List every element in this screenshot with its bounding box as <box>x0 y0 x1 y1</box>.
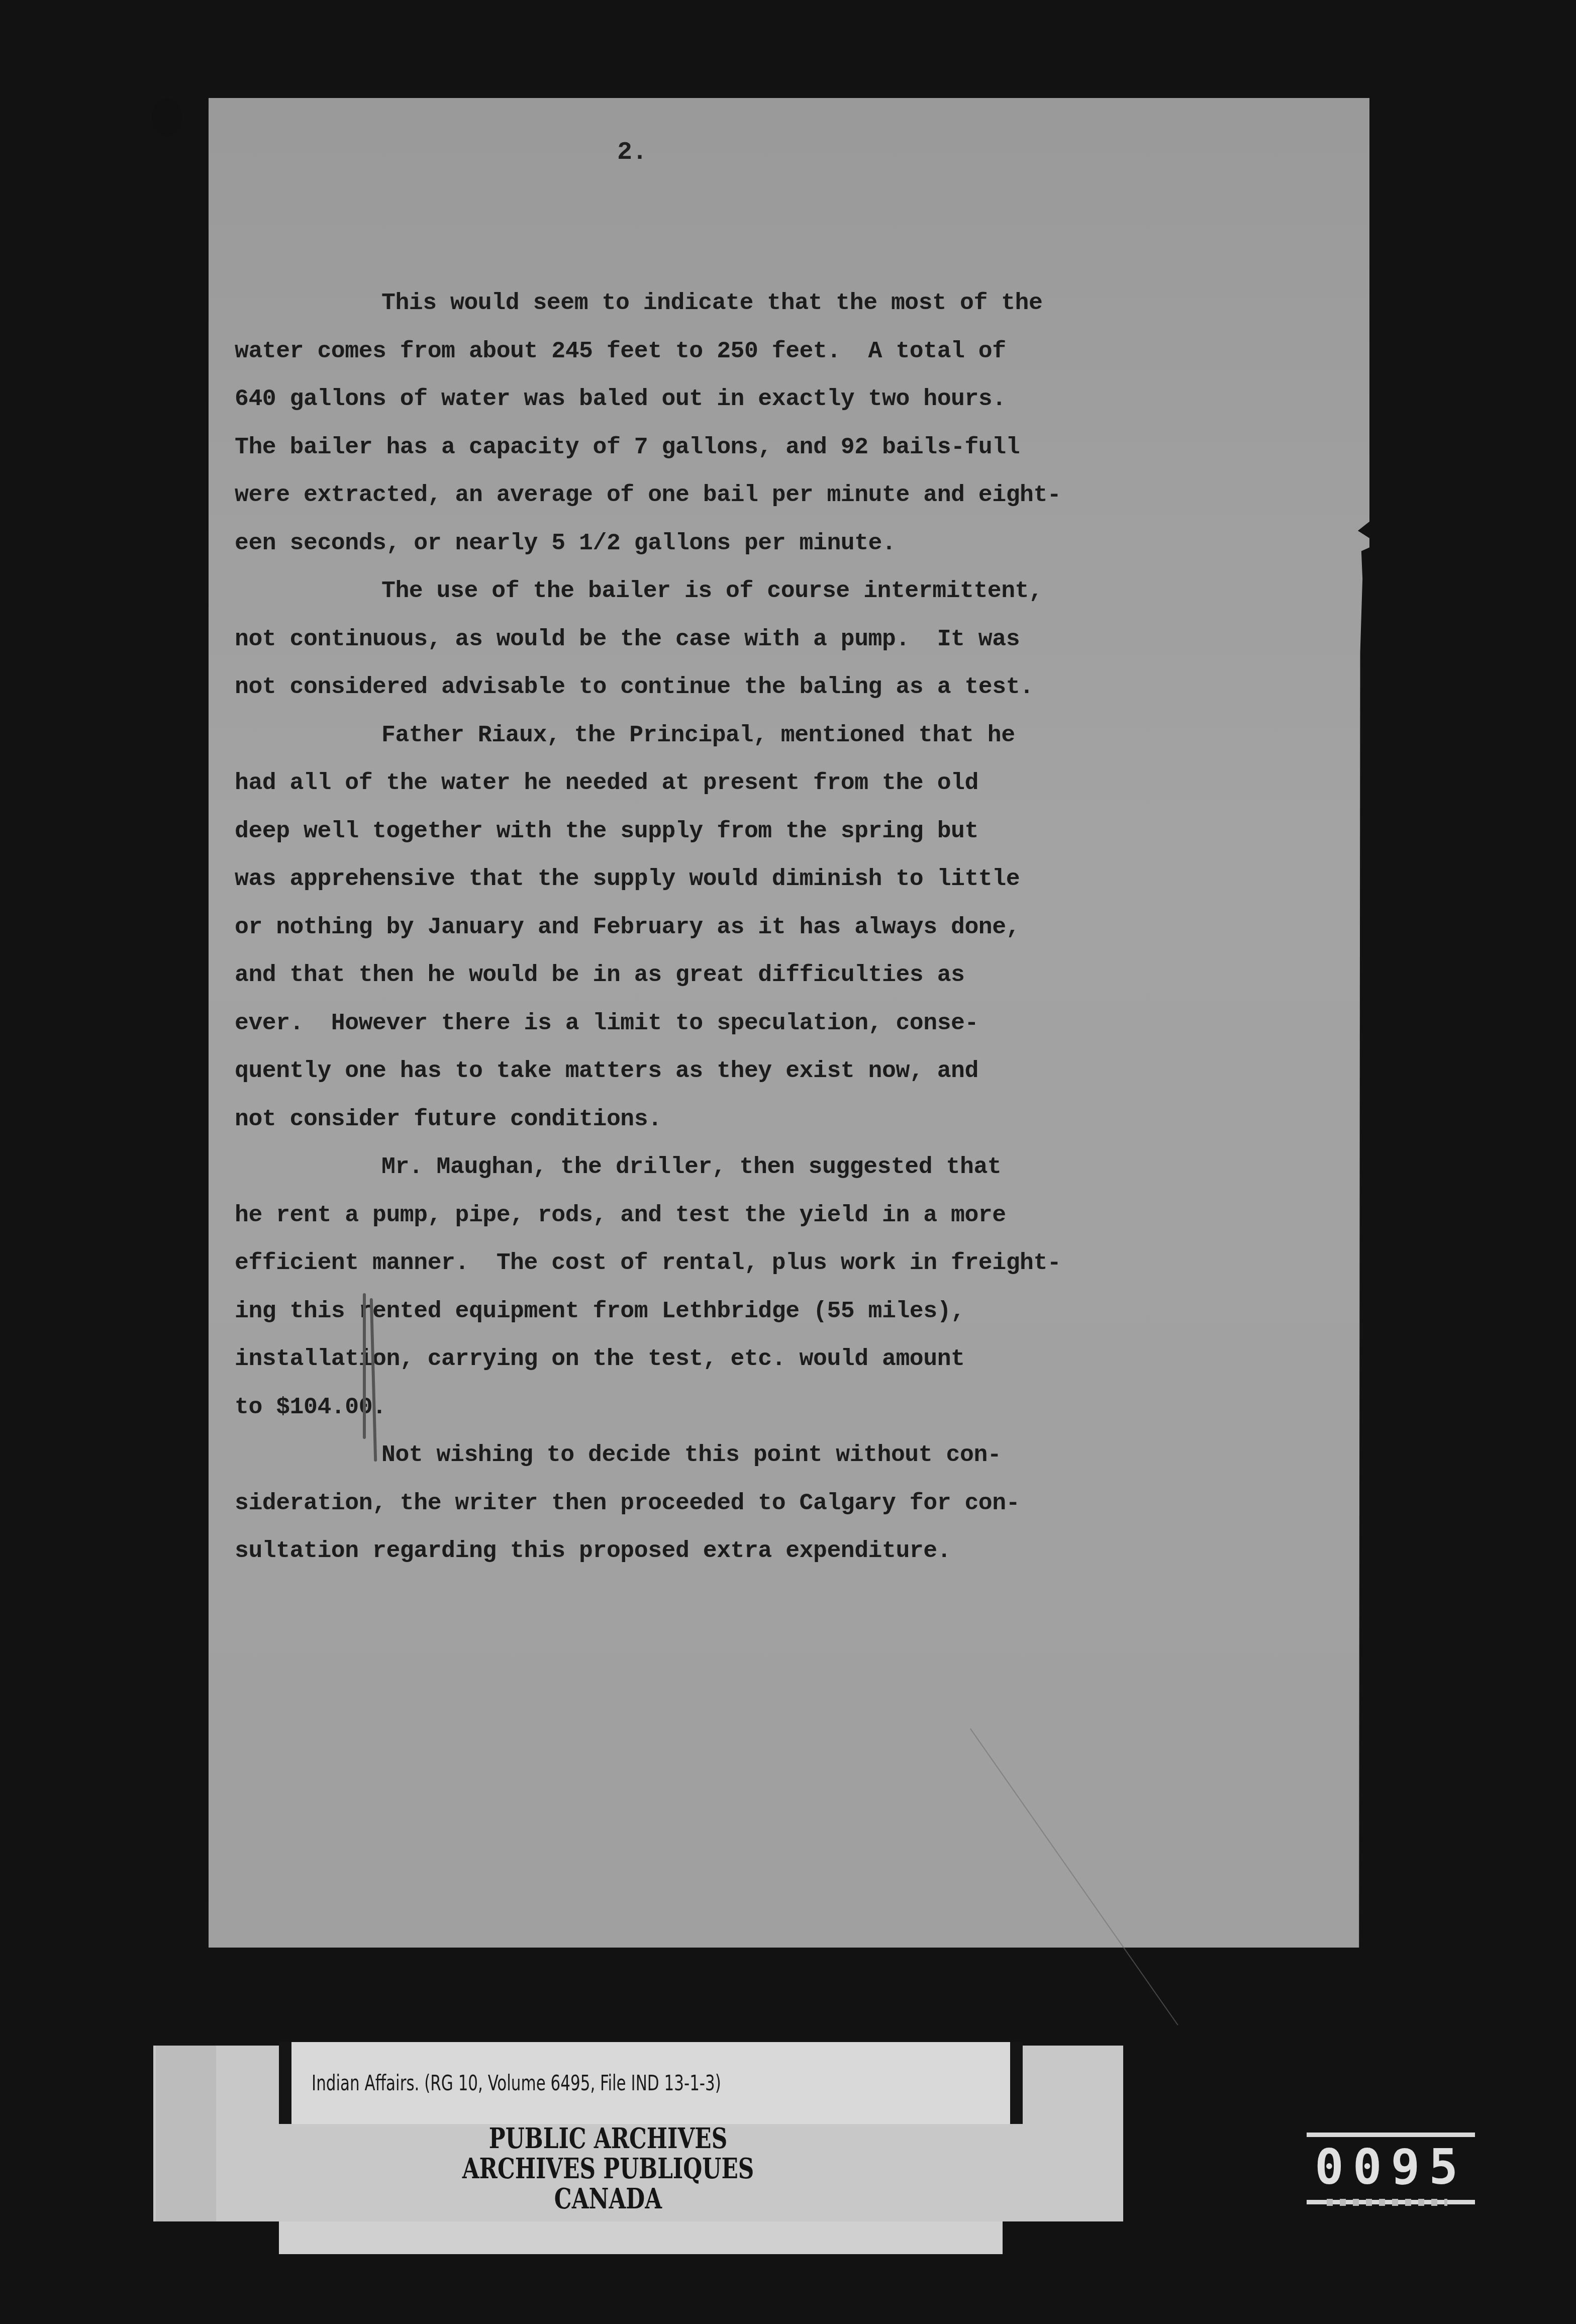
archive-label-bottom <box>279 2221 1003 2254</box>
archive-reference-text: Indian Affairs. (RG 10, Volume 6495, Fil… <box>312 2071 721 2095</box>
text-line: sideration, the writer then proceeded to… <box>235 1479 1149 1527</box>
text-line: The bailer has a capacity of 7 gallons, … <box>235 423 1149 471</box>
text-line: not consider future conditions. <box>235 1095 1149 1143</box>
text-line: een seconds, or nearly 5 1/2 gallons per… <box>235 519 1149 567</box>
frame-counter: 0095 <box>1307 2133 1475 2204</box>
text-line: had all of the water he needed at presen… <box>235 759 1149 807</box>
archive-country: CANADA <box>303 2184 914 2214</box>
text-line: or nothing by January and February as it… <box>235 903 1149 951</box>
text-line: sultation regarding this proposed extra … <box>235 1527 1149 1575</box>
text-line: and that then he would be in as great di… <box>235 951 1149 999</box>
text-line: efficient manner. The cost of rental, pl… <box>235 1239 1149 1287</box>
text-line: he rent a pump, pipe, rods, and test the… <box>235 1191 1149 1239</box>
text-line: not considered advisable to continue the… <box>235 663 1149 711</box>
text-line: deep well together with the supply from … <box>235 807 1149 855</box>
text-line: not continuous, as would be the case wit… <box>235 615 1149 663</box>
margin-pencil-mark <box>363 1293 366 1439</box>
text-line: This would seem to indicate that the mos… <box>235 279 1149 327</box>
text-line: Mr. Maughan, the driller, then suggested… <box>235 1143 1149 1191</box>
text-line: was apprehensive that the supply would d… <box>235 855 1149 903</box>
page-number: 2. <box>617 138 647 167</box>
text-line: ever. However there is a limit to specul… <box>235 999 1149 1047</box>
archive-label-edge <box>156 2046 216 2221</box>
text-line: 640 gallons of water was baled out in ex… <box>235 375 1149 423</box>
punch-hole <box>152 98 182 136</box>
text-line: were extracted, an average of one bail p… <box>235 471 1149 519</box>
text-line: The use of the bailer is of course inter… <box>235 567 1149 615</box>
archive-name-en: PUBLIC ARCHIVES <box>303 2123 914 2154</box>
text-line: Not wishing to decide this point without… <box>235 1431 1149 1479</box>
text-line: Father Riaux, the Principal, mentioned t… <box>235 711 1149 759</box>
archive-name-block: PUBLIC ARCHIVES ARCHIVES PUBLIQUES CANAD… <box>303 2123 914 2214</box>
frame-counter-ticks <box>1327 2199 1447 2206</box>
text-line: water comes from about 245 feet to 250 f… <box>235 327 1149 375</box>
text-line: quently one has to take matters as they … <box>235 1047 1149 1095</box>
archive-name-fr: ARCHIVES PUBLIQUES <box>303 2154 914 2184</box>
